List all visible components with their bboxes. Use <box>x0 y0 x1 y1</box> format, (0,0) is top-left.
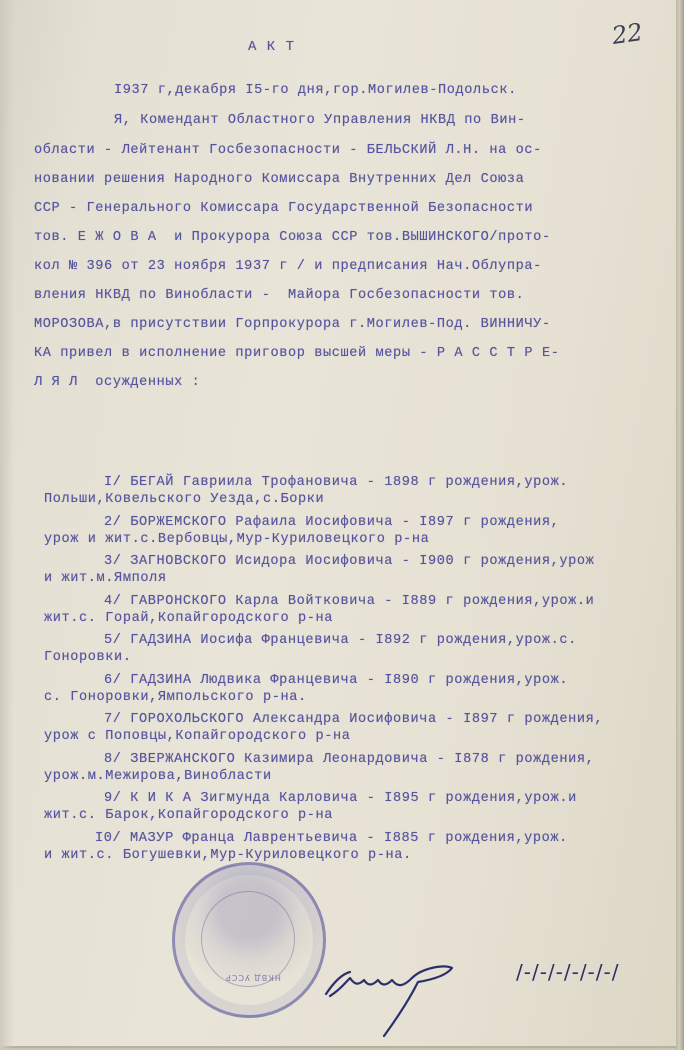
entry-text: ЗВЕРЖАНСКОГО Казимира Леонардовича - I87… <box>130 752 594 767</box>
entry-number: 9/ <box>104 792 122 806</box>
convicted-entry-line2: Польши,Ковельского Уезда,с.Борки <box>44 493 324 507</box>
convicted-entry-line2: Гоноровки. <box>44 651 132 665</box>
convicted-entry-line2: урож с Поповцы,Копайгородского р-на <box>44 730 351 744</box>
entry-text: ГАВРОНСКОГО Карла Войтковича - I889 г ро… <box>130 594 594 609</box>
body-line: тов. Е Ж О В А и Прокурора Союза ССР тов… <box>34 231 551 245</box>
convicted-entry-line2: и жит.м.Ямполя <box>44 572 167 586</box>
convicted-entry-line1: 2/ БОРЖЕМСКОГО Рафаила Иосифовича - I897… <box>104 516 559 530</box>
body-line: новании решения Народного Комиссара Внут… <box>34 173 524 187</box>
entry-number: I/ <box>104 476 122 490</box>
document-title: А К Т <box>248 40 295 54</box>
convicted-entry-line1: I/ БЕГАЙ Гавриила Трофановича - 1898 г р… <box>104 476 568 490</box>
page-shadow-left <box>0 0 14 1050</box>
convicted-entry-line2: жит.с. Горай,Копайгородского р-на <box>44 612 333 626</box>
official-stamp: НКВД УССР <box>172 862 326 1018</box>
entry-number: 6/ <box>104 674 122 688</box>
convicted-entry-line2: с. Гоноровки,Ямпольского р-на. <box>44 691 307 705</box>
convicted-entry-line1: 3/ ЗАГНОВСКОГО Исидора Иосифовича - I900… <box>104 555 594 569</box>
entry-number: 2/ <box>104 516 122 530</box>
stamp-text: НКВД УССР <box>225 973 281 982</box>
entry-number: 5/ <box>104 634 122 648</box>
body-line: Л Я Л осужденных : <box>34 376 200 390</box>
convicted-entry-line2: и жит.с. Богушевки,Мур-Куриловецкого р-н… <box>44 849 412 863</box>
entry-text: БОРЖЕМСКОГО Рафаила Иосифовича - I897 г … <box>130 515 559 530</box>
convicted-entry-line2: урож.м.Межирова,Винобласти <box>44 770 272 784</box>
page-edge-right <box>676 0 684 1050</box>
entry-text: ГОРОХОЛЬСКОГО Александра Иосифовича - I8… <box>130 712 603 727</box>
body-line: кол № 396 от 23 ноября 1937 г / и предпи… <box>34 260 542 274</box>
entry-number: 8/ <box>104 753 122 767</box>
entry-number: 4/ <box>104 595 122 609</box>
entry-text: МАЗУР Франца Лаврентьевича - I885 г рожд… <box>130 831 568 846</box>
convicted-entry-line1: I0/ МАЗУР Франца Лаврентьевича - I885 г … <box>95 832 568 846</box>
convicted-entry-line1: 9/ К И К А Зигмунда Карловича - I895 г р… <box>104 792 577 806</box>
convicted-entry-line1: 8/ ЗВЕРЖАНСКОГО Казимира Леонардовича - … <box>104 753 594 767</box>
body-line: ССР - Генерального Комиссара Государстве… <box>34 202 533 216</box>
entry-text: ЗАГНОВСКОГО Исидора Иосифовича - I900 г … <box>130 554 594 569</box>
entry-text: БЕГАЙ Гавриила Трофановича - 1898 г рожд… <box>130 475 568 490</box>
body-line: КА привел в исполнение приговор высшей м… <box>34 347 559 361</box>
entry-number: I0/ <box>95 832 121 846</box>
body-line: вления НКВД по Винобласти - Майора Госбе… <box>34 289 524 303</box>
entry-number: 3/ <box>104 555 122 569</box>
date-line: I937 г,декабря I5-го дня,гор.Могилев-Под… <box>114 84 517 98</box>
handwritten-page-number: 22 <box>610 18 644 50</box>
convicted-entry-line1: 5/ ГАДЗИНА Иосифа Францевича - I892 г ро… <box>104 634 577 648</box>
body-line: МОРОЗОВА,в присутствии Горпрокурора г.Мо… <box>34 318 551 332</box>
entry-number: 7/ <box>104 713 122 727</box>
convicted-entry-line1: 6/ ГАДЗИНА Людвика Францевича - I890 г р… <box>104 674 568 688</box>
convicted-entry-line2: урож и жит.с.Вербовцы,Мур-Куриловецкого … <box>44 533 429 547</box>
convicted-entry-line2: жит.с. Барок,Копайгородского р-на <box>44 809 333 823</box>
convicted-entry-line1: 7/ ГОРОХОЛЬСКОГО Александра Иосифовича -… <box>104 713 603 727</box>
convicted-entry-line1: 4/ ГАВРОНСКОГО Карла Войтковича - I889 г… <box>104 595 594 609</box>
end-marks: /-/-/-/-/-/-/ <box>516 960 619 984</box>
entry-text: ГАДЗИНА Иосифа Францевича - I892 г рожде… <box>130 633 577 648</box>
entry-text: ГАДЗИНА Людвика Францевича - I890 г рожд… <box>130 673 568 688</box>
signature <box>320 960 460 1040</box>
body-line: области - Лейтенант Госбезопасности - БЕ… <box>34 144 542 158</box>
body-line: Я, Комендант Областного Управления НКВД … <box>114 114 526 128</box>
entry-text: К И К А Зигмунда Карловича - I895 г рожд… <box>130 791 577 806</box>
